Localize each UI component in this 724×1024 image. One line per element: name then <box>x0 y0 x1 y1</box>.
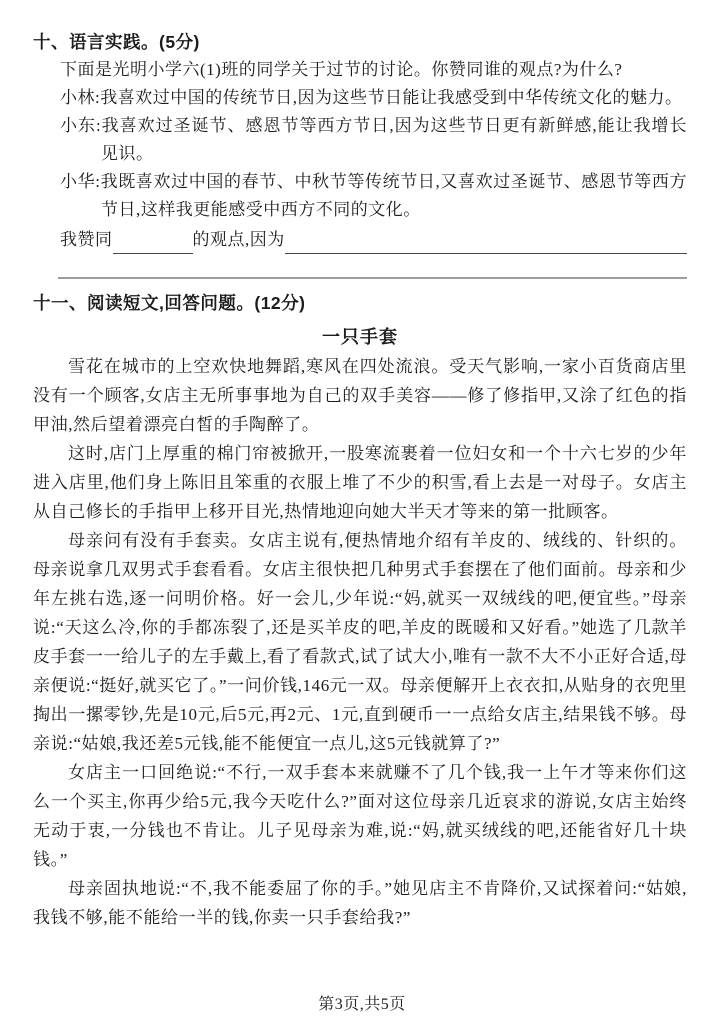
story-title: 一只手套 <box>33 325 687 349</box>
speaker-text: 我喜欢过圣诞节、感恩节等西方节日,因为这些节日更有新鲜感,能让我增长见识。 <box>101 116 687 163</box>
answer-sentence: 我赞同 的观点,因为 <box>60 226 687 254</box>
answer-blank-reason[interactable] <box>285 229 687 254</box>
answer-middle: 的观点,因为 <box>193 226 285 254</box>
speaker-line-xiaolin: 小林:我喜欢过中国的传统节日,因为这些节日能让我感受到中华传统文化的魅力。 <box>60 84 687 112</box>
speaker-text: 我喜欢过中国的传统节日,因为这些节日能让我感受到中华传统文化的魅力。 <box>100 88 682 107</box>
section-11-heading: 十一、阅读短文,回答问题。(12分) <box>33 291 724 315</box>
section-reading-comprehension: 十一、阅读短文,回答问题。(12分) 一只手套 雪花在城市的上空欢快地舞蹈,寒风… <box>0 291 724 932</box>
story-paragraph: 这时,店门上厚重的棉门帘被掀开,一股寒流裹着一位妇女和一个十六七岁的少年进入店里… <box>33 439 687 526</box>
story-paragraph: 母亲固执地说:“不,我不能委屈了你的手。”她见店主不肯降价,又试探着问:“姑娘,… <box>33 874 687 932</box>
section-language-practice: 十、语言实践。(5分) 下面是光明小学六(1)班的同学关于过节的讨论。你赞同谁的… <box>0 30 724 254</box>
story-body: 雪花在城市的上空欢快地舞蹈,寒风在四处流浪。受天气影响,一家小百货商店里没有一个… <box>33 352 687 932</box>
question-intro: 下面是光明小学六(1)班的同学关于过节的讨论。你赞同谁的观点?为什么? <box>60 56 687 84</box>
answer-blank-viewpoint[interactable] <box>113 229 193 254</box>
speaker-text: 我既喜欢过中国的春节、中秋节等传统节日,又喜欢过圣诞节、感恩节等西方节日,这样我… <box>100 172 687 219</box>
speaker-label: 小东: <box>60 116 101 135</box>
page-footer: 第3页,共5页 <box>0 991 724 1014</box>
speaker-label: 小华: <box>60 172 100 191</box>
story-paragraph: 母亲问有没有手套卖。女店主说有,便热情地介绍有羊皮的、绒线的、针织的。母亲说拿几… <box>33 526 687 758</box>
speaker-line-xiaohua: 小华:我既喜欢过中国的春节、中秋节等传统节日,又喜欢过圣诞节、感恩节等西方节日,… <box>60 168 687 224</box>
answer-prefix: 我赞同 <box>60 226 113 254</box>
section-divider <box>58 277 687 279</box>
section-10-heading: 十、语言实践。(5分) <box>33 30 724 54</box>
speaker-line-xiaodong: 小东:我喜欢过圣诞节、感恩节等西方节日,因为这些节日更有新鲜感,能让我增长见识。 <box>60 112 687 168</box>
story-paragraph: 雪花在城市的上空欢快地舞蹈,寒风在四处流浪。受天气影响,一家小百货商店里没有一个… <box>33 352 687 439</box>
story-paragraph: 女店主一口回绝说:“不行,一双手套本来就赚不了几个钱,我一上午才等来你们这么一个… <box>33 758 687 874</box>
speaker-label: 小林: <box>60 88 100 107</box>
